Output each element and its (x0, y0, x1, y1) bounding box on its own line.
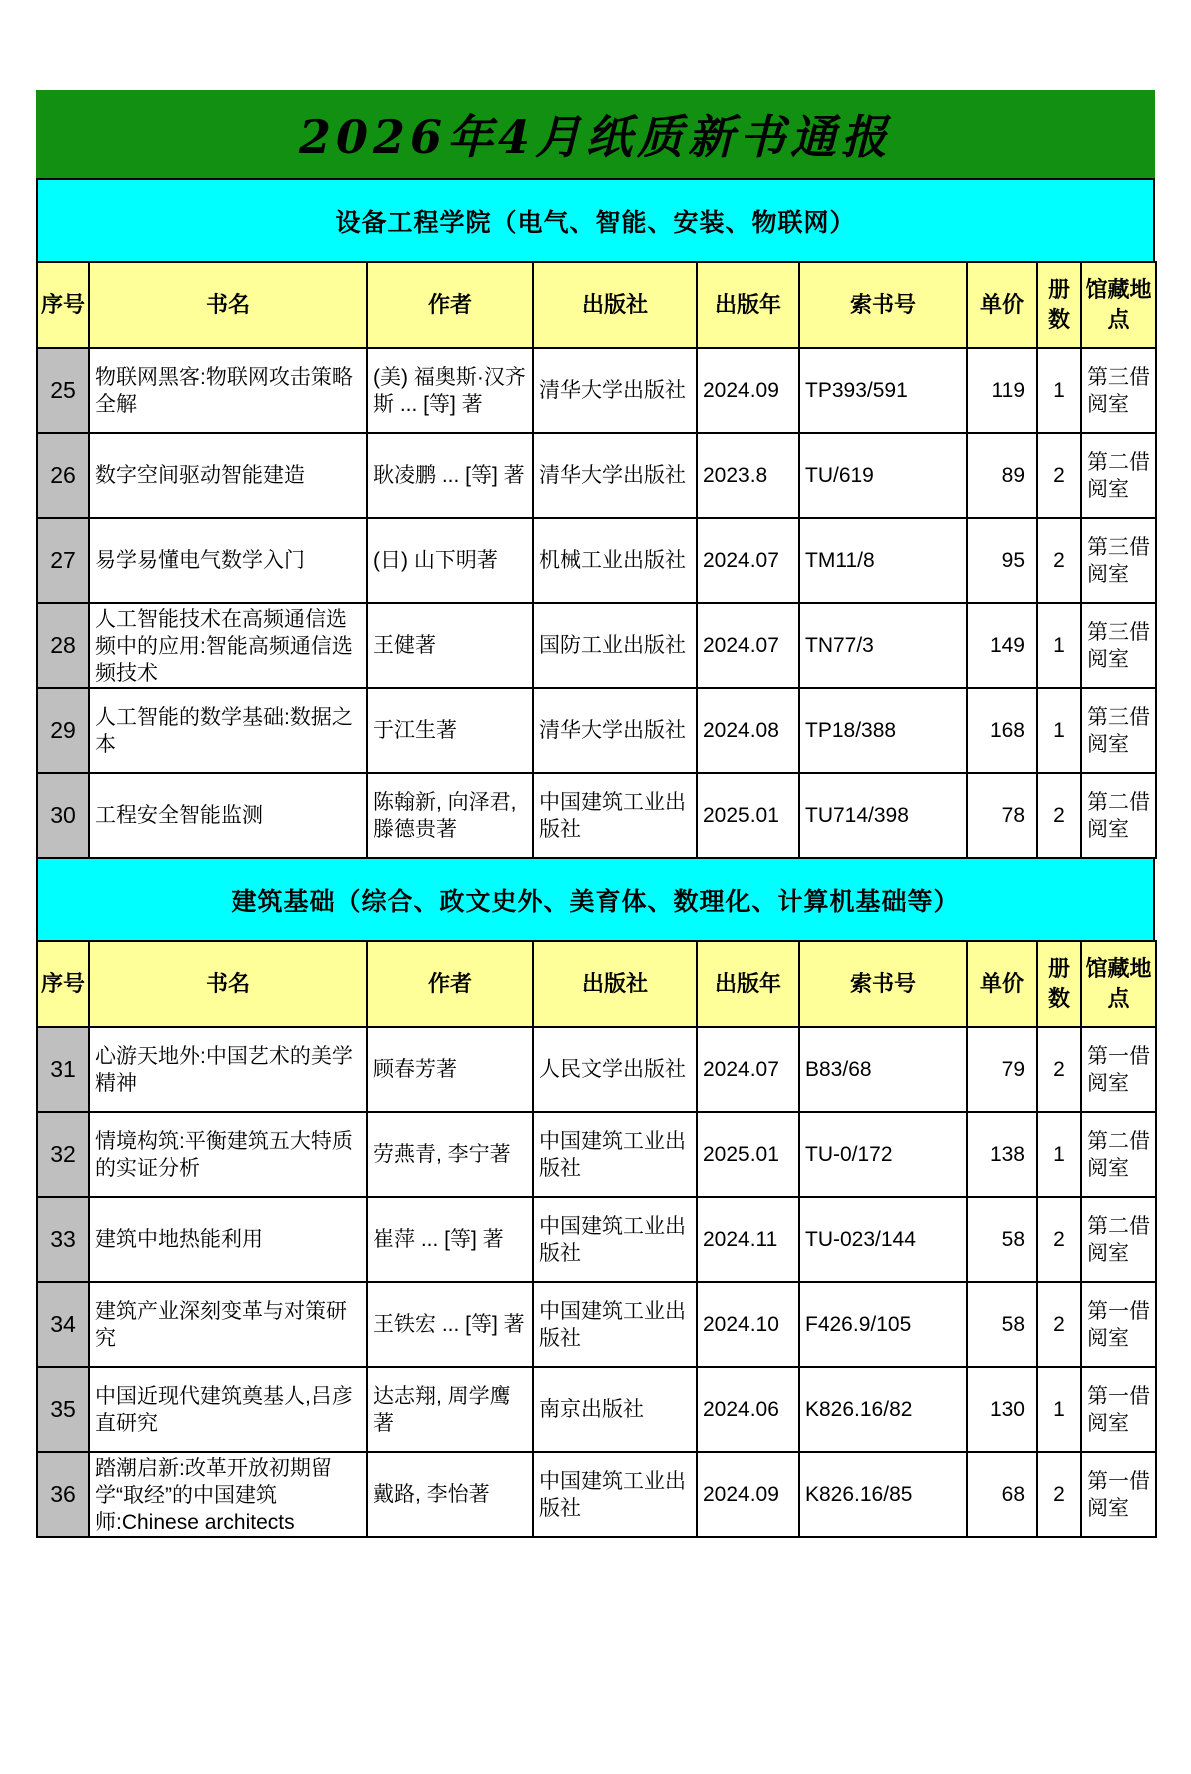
cell-price: 89 (967, 433, 1037, 518)
page-title: 2026年4月纸质新书通报 (299, 101, 892, 167)
cell-author: 于江生著 (367, 688, 533, 773)
cell-call_no: TU-0/172 (799, 1112, 967, 1197)
cell-title: 中国近现代建筑奠基人,吕彦直研究 (89, 1367, 367, 1452)
cell-no: 25 (37, 348, 89, 433)
cell-author: 耿凌鹏 ... [等] 著 (367, 433, 533, 518)
cell-author: 陈翰新, 向泽君, 滕德贵著 (367, 773, 533, 858)
table-row: 28人工智能技术在高频通信选频中的应用:智能高频通信选频技术王健著国防工业出版社… (37, 603, 1156, 688)
cell-location: 第三借阅室 (1081, 603, 1156, 688)
cell-no: 36 (37, 1452, 89, 1537)
column-header-author: 作者 (367, 941, 533, 1027)
cell-author: 戴路, 李怡著 (367, 1452, 533, 1537)
cell-price: 119 (967, 348, 1037, 433)
cell-call_no: TU/619 (799, 433, 967, 518)
cell-call_no: K826.16/85 (799, 1452, 967, 1537)
cell-copies: 2 (1037, 1282, 1081, 1367)
cell-location: 第一借阅室 (1081, 1027, 1156, 1112)
cell-no: 33 (37, 1197, 89, 1282)
cell-no: 30 (37, 773, 89, 858)
cell-author: (美) 福奥斯·汉齐斯 ... [等] 著 (367, 348, 533, 433)
cell-location: 第一借阅室 (1081, 1367, 1156, 1452)
cell-location: 第三借阅室 (1081, 518, 1156, 603)
cell-year: 2023.8 (697, 433, 799, 518)
cell-publisher: 国防工业出版社 (533, 603, 697, 688)
cell-publisher: 机械工业出版社 (533, 518, 697, 603)
cell-no: 34 (37, 1282, 89, 1367)
cell-year: 2024.07 (697, 603, 799, 688)
cell-location: 第一借阅室 (1081, 1282, 1156, 1367)
section-header-equipment-engineering: 设备工程学院（电气、智能、安装、物联网） (36, 178, 1155, 263)
cell-title: 建筑产业深刻变革与对策研究 (89, 1282, 367, 1367)
cell-year: 2024.07 (697, 518, 799, 603)
section-header-label: 建筑基础（综合、政文史外、美育体、数理化、计算机基础等） (231, 882, 959, 918)
cell-copies: 1 (1037, 603, 1081, 688)
cell-publisher: 人民文学出版社 (533, 1027, 697, 1112)
cell-copies: 2 (1037, 518, 1081, 603)
cell-price: 168 (967, 688, 1037, 773)
table-row: 25物联网黑客:物联网攻击策略全解(美) 福奥斯·汉齐斯 ... [等] 著清华… (37, 348, 1156, 433)
column-header-book-title: 书名 (89, 262, 367, 348)
column-header-pub-year: 出版年 (697, 262, 799, 348)
cell-price: 79 (967, 1027, 1037, 1112)
column-header-index: 序号 (37, 262, 89, 348)
cell-publisher: 清华大学出版社 (533, 433, 697, 518)
cell-location: 第三借阅室 (1081, 688, 1156, 773)
column-header-pub-year: 出版年 (697, 941, 799, 1027)
table-header-row: 序号 书名 作者 出版社 出版年 索书号 单价 册数 馆藏地点 (37, 941, 1156, 1027)
cell-copies: 2 (1037, 1452, 1081, 1537)
cell-publisher: 中国建筑工业出版社 (533, 1452, 697, 1537)
page-title-banner: 2026年4月纸质新书通报 (36, 90, 1155, 178)
cell-title: 踏潮启新:改革开放初期留学“取经”的中国建筑师:Chinese architec… (89, 1452, 367, 1537)
table-row: 30工程安全智能监测陈翰新, 向泽君, 滕德贵著中国建筑工业出版社2025.01… (37, 773, 1156, 858)
cell-call_no: TP18/388 (799, 688, 967, 773)
table-row: 27易学易懂电气数学入门(日) 山下明著机械工业出版社2024.07TM11/8… (37, 518, 1156, 603)
cell-year: 2024.08 (697, 688, 799, 773)
cell-author: (日) 山下明著 (367, 518, 533, 603)
cell-copies: 2 (1037, 773, 1081, 858)
cell-author: 王铁宏 ... [等] 著 (367, 1282, 533, 1367)
table-body: 31心游天地外:中国艺术的美学精神顾春芳著人民文学出版社2024.07B83/6… (37, 1027, 1156, 1537)
cell-copies: 1 (1037, 1367, 1081, 1452)
cell-copies: 2 (1037, 433, 1081, 518)
column-header-publisher: 出版社 (533, 262, 697, 348)
cell-copies: 1 (1037, 1112, 1081, 1197)
cell-no: 32 (37, 1112, 89, 1197)
column-header-price: 单价 (967, 941, 1037, 1027)
cell-title: 物联网黑客:物联网攻击策略全解 (89, 348, 367, 433)
table-row: 35中国近现代建筑奠基人,吕彦直研究达志翔, 周学鹰著南京出版社2024.06K… (37, 1367, 1156, 1452)
cell-publisher: 中国建筑工业出版社 (533, 773, 697, 858)
cell-price: 130 (967, 1367, 1037, 1452)
column-header-index: 序号 (37, 941, 89, 1027)
cell-price: 58 (967, 1282, 1037, 1367)
column-header-author: 作者 (367, 262, 533, 348)
cell-price: 95 (967, 518, 1037, 603)
cell-no: 35 (37, 1367, 89, 1452)
cell-year: 2024.11 (697, 1197, 799, 1282)
cell-author: 顾春芳著 (367, 1027, 533, 1112)
cell-location: 第二借阅室 (1081, 1112, 1156, 1197)
table-row: 33建筑中地热能利用崔萍 ... [等] 著中国建筑工业出版社2024.11TU… (37, 1197, 1156, 1282)
column-header-call-number: 索书号 (799, 941, 967, 1027)
table-row: 31心游天地外:中国艺术的美学精神顾春芳著人民文学出版社2024.07B83/6… (37, 1027, 1156, 1112)
cell-year: 2025.01 (697, 1112, 799, 1197)
cell-call_no: TN77/3 (799, 603, 967, 688)
cell-call_no: F426.9/105 (799, 1282, 967, 1367)
table-row: 36踏潮启新:改革开放初期留学“取经”的中国建筑师:Chinese archit… (37, 1452, 1156, 1537)
cell-title: 人工智能的数学基础:数据之本 (89, 688, 367, 773)
cell-price: 149 (967, 603, 1037, 688)
document: 2026年4月纸质新书通报 设备工程学院（电气、智能、安装、物联网） 序号 书名… (36, 90, 1155, 1538)
cell-author: 达志翔, 周学鹰著 (367, 1367, 533, 1452)
cell-copies: 1 (1037, 348, 1081, 433)
cell-no: 29 (37, 688, 89, 773)
cell-location: 第三借阅室 (1081, 348, 1156, 433)
cell-location: 第一借阅室 (1081, 1452, 1156, 1537)
cell-publisher: 南京出版社 (533, 1367, 697, 1452)
cell-no: 31 (37, 1027, 89, 1112)
cell-title: 心游天地外:中国艺术的美学精神 (89, 1027, 367, 1112)
cell-price: 138 (967, 1112, 1037, 1197)
cell-year: 2025.01 (697, 773, 799, 858)
cell-call_no: B83/68 (799, 1027, 967, 1112)
cell-publisher: 中国建筑工业出版社 (533, 1197, 697, 1282)
cell-call_no: TM11/8 (799, 518, 967, 603)
column-header-price: 单价 (967, 262, 1037, 348)
cell-title: 建筑中地热能利用 (89, 1197, 367, 1282)
cell-call_no: TU-023/144 (799, 1197, 967, 1282)
cell-copies: 2 (1037, 1027, 1081, 1112)
column-header-copies: 册数 (1037, 262, 1081, 348)
cell-year: 2024.07 (697, 1027, 799, 1112)
section-header-architecture-basics: 建筑基础（综合、政文史外、美育体、数理化、计算机基础等） (36, 857, 1155, 942)
cell-title: 数字空间驱动智能建造 (89, 433, 367, 518)
cell-year: 2024.09 (697, 348, 799, 433)
column-header-location: 馆藏地点 (1081, 262, 1156, 348)
section-header-label: 设备工程学院（电气、智能、安装、物联网） (335, 203, 855, 239)
cell-price: 58 (967, 1197, 1037, 1282)
column-header-book-title: 书名 (89, 941, 367, 1027)
cell-year: 2024.06 (697, 1367, 799, 1452)
cell-call_no: TP393/591 (799, 348, 967, 433)
cell-title: 情境构筑:平衡建筑五大特质的实证分析 (89, 1112, 367, 1197)
table-row: 32情境构筑:平衡建筑五大特质的实证分析劳燕青, 李宁著中国建筑工业出版社202… (37, 1112, 1156, 1197)
cell-title: 易学易懂电气数学入门 (89, 518, 367, 603)
cell-price: 68 (967, 1452, 1037, 1537)
cell-copies: 1 (1037, 688, 1081, 773)
column-header-copies: 册数 (1037, 941, 1081, 1027)
cell-publisher: 中国建筑工业出版社 (533, 1282, 697, 1367)
books-table-1: 序号 书名 作者 出版社 出版年 索书号 单价 册数 馆藏地点 25物联网黑客:… (36, 261, 1157, 859)
books-table-2: 序号 书名 作者 出版社 出版年 索书号 单价 册数 馆藏地点 31心游天地外:… (36, 940, 1157, 1538)
column-header-publisher: 出版社 (533, 941, 697, 1027)
cell-title: 人工智能技术在高频通信选频中的应用:智能高频通信选频技术 (89, 603, 367, 688)
cell-year: 2024.10 (697, 1282, 799, 1367)
table-header-row: 序号 书名 作者 出版社 出版年 索书号 单价 册数 馆藏地点 (37, 262, 1156, 348)
cell-price: 78 (967, 773, 1037, 858)
cell-call_no: K826.16/82 (799, 1367, 967, 1452)
table-row: 34建筑产业深刻变革与对策研究王铁宏 ... [等] 著中国建筑工业出版社202… (37, 1282, 1156, 1367)
cell-no: 28 (37, 603, 89, 688)
cell-title: 工程安全智能监测 (89, 773, 367, 858)
column-header-call-number: 索书号 (799, 262, 967, 348)
cell-no: 27 (37, 518, 89, 603)
cell-call_no: TU714/398 (799, 773, 967, 858)
column-header-location: 馆藏地点 (1081, 941, 1156, 1027)
table-row: 29人工智能的数学基础:数据之本于江生著清华大学出版社2024.08TP18/3… (37, 688, 1156, 773)
cell-author: 崔萍 ... [等] 著 (367, 1197, 533, 1282)
cell-publisher: 清华大学出版社 (533, 348, 697, 433)
cell-author: 劳燕青, 李宁著 (367, 1112, 533, 1197)
cell-year: 2024.09 (697, 1452, 799, 1537)
cell-no: 26 (37, 433, 89, 518)
cell-location: 第二借阅室 (1081, 1197, 1156, 1282)
cell-publisher: 清华大学出版社 (533, 688, 697, 773)
cell-location: 第二借阅室 (1081, 433, 1156, 518)
table-row: 26数字空间驱动智能建造耿凌鹏 ... [等] 著清华大学出版社2023.8TU… (37, 433, 1156, 518)
cell-copies: 2 (1037, 1197, 1081, 1282)
table-body: 25物联网黑客:物联网攻击策略全解(美) 福奥斯·汉齐斯 ... [等] 著清华… (37, 348, 1156, 858)
cell-location: 第二借阅室 (1081, 773, 1156, 858)
cell-author: 王健著 (367, 603, 533, 688)
cell-publisher: 中国建筑工业出版社 (533, 1112, 697, 1197)
